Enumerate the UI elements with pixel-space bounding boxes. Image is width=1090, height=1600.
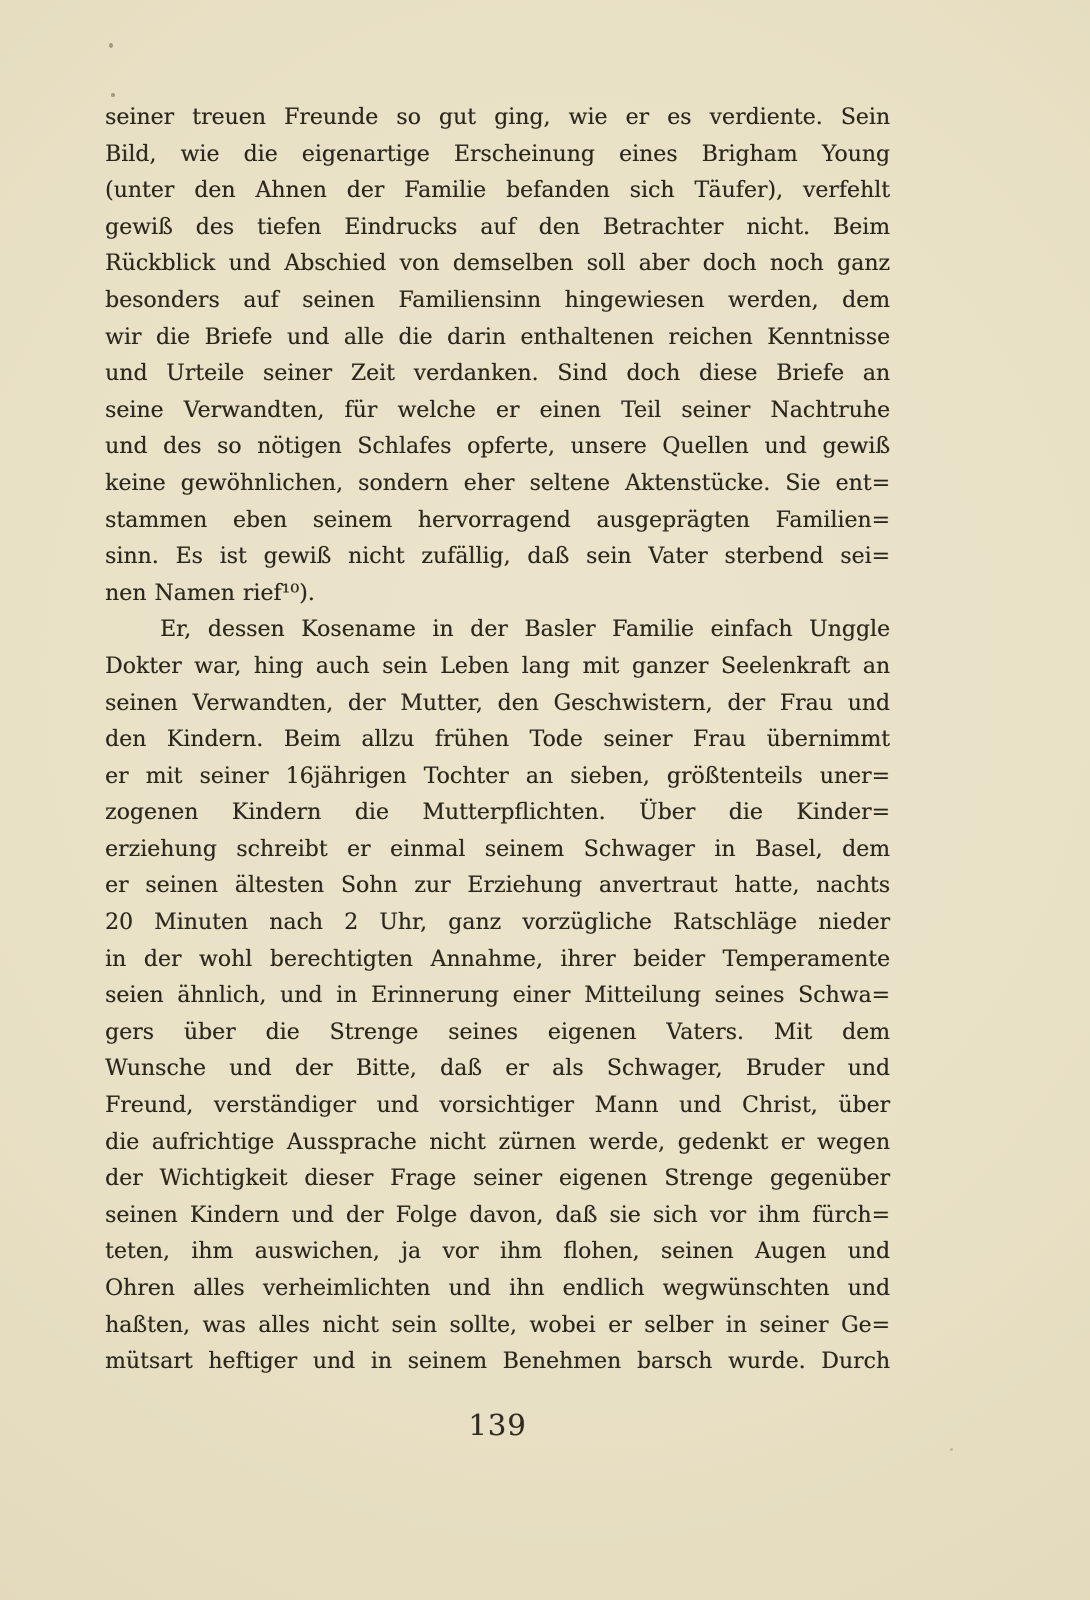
page-number: 139	[105, 1408, 890, 1442]
text-line: seinen Kindern und der Folge davon, daß …	[105, 1198, 890, 1235]
text-line: keine gewöhnlichen, sondern eher seltene…	[105, 466, 890, 503]
scan-speckle	[950, 1448, 953, 1451]
text-line: Rückblick und Abschied von demselben sol…	[105, 246, 890, 283]
text-line: Dokter war, hing auch sein Leben lang mi…	[105, 649, 890, 686]
text-line: Wunsche und der Bitte, daß er als Schwag…	[105, 1051, 890, 1088]
text-line: seinen Verwandten, der Mutter, den Gesch…	[105, 686, 890, 723]
text-line: haßten, was alles nicht sein sollte, wob…	[105, 1308, 890, 1345]
scan-speckle	[111, 93, 115, 97]
text-line: mütsart heftiger und in seinem Benehmen …	[105, 1344, 890, 1381]
text-line: erziehung schreibt er einmal seinem Schw…	[105, 832, 890, 869]
text-line: besonders auf seinen Familiensinn hingew…	[105, 283, 890, 320]
text-line: Ohren alles verheimlichten und ihn endli…	[105, 1271, 890, 1308]
text-line: seien ähnlich, und in Erinnerung einer M…	[105, 978, 890, 1015]
text-line: der Wichtigkeit dieser Frage seiner eige…	[105, 1161, 890, 1198]
text-line: Freund, verständiger und vorsichtiger Ma…	[105, 1088, 890, 1125]
text-line: gers über die Strenge seines eigenen Vat…	[105, 1015, 890, 1052]
text-line: (unter den Ahnen der Familie befanden si…	[105, 173, 890, 210]
text-line: und Urteile seiner Zeit verdanken. Sind …	[105, 356, 890, 393]
text-line-paragraph-end: nen Namen rief¹⁰).	[105, 576, 890, 613]
text-line: seine Verwandten, für welche er einen Te…	[105, 393, 890, 430]
text-line: 20 Minuten nach 2 Uhr, ganz vorzügliche …	[105, 905, 890, 942]
text-line: die aufrichtige Aussprache nicht zürnen …	[105, 1125, 890, 1162]
text-line: in der wohl berechtigten Annahme, ihrer …	[105, 942, 890, 979]
text-line-paragraph-start: Er, dessen Kosename in der Basler Famili…	[105, 612, 890, 649]
text-line: seiner treuen Freunde so gut ging, wie e…	[105, 100, 890, 137]
text-line: Bild, wie die eigenartige Erscheinung ei…	[105, 137, 890, 174]
text-line: teten, ihm auswichen, ja vor ihm flohen,…	[105, 1234, 890, 1271]
text-line: stammen eben seinem hervorragend ausgepr…	[105, 503, 890, 540]
text-line: zogenen Kindern die Mutterpflichten. Übe…	[105, 795, 890, 832]
scan-speckle	[109, 43, 113, 48]
text-line: gewiß des tiefen Eindrucks auf den Betra…	[105, 210, 890, 247]
text-line: er mit seiner 16jährigen Tochter an sieb…	[105, 759, 890, 796]
text-line: wir die Briefe und alle die darin enthal…	[105, 320, 890, 357]
book-page: seiner treuen Freunde so gut ging, wie e…	[0, 0, 1090, 1600]
text-line: sinn. Es ist gewiß nicht zufällig, daß s…	[105, 539, 890, 576]
page-text-block: seiner treuen Freunde so gut ging, wie e…	[105, 100, 890, 1381]
text-line: und des so nötigen Schlafes opferte, uns…	[105, 429, 890, 466]
text-line: den Kindern. Beim allzu frühen Tode sein…	[105, 722, 890, 759]
text-line: er seinen ältesten Sohn zur Erziehung an…	[105, 868, 890, 905]
